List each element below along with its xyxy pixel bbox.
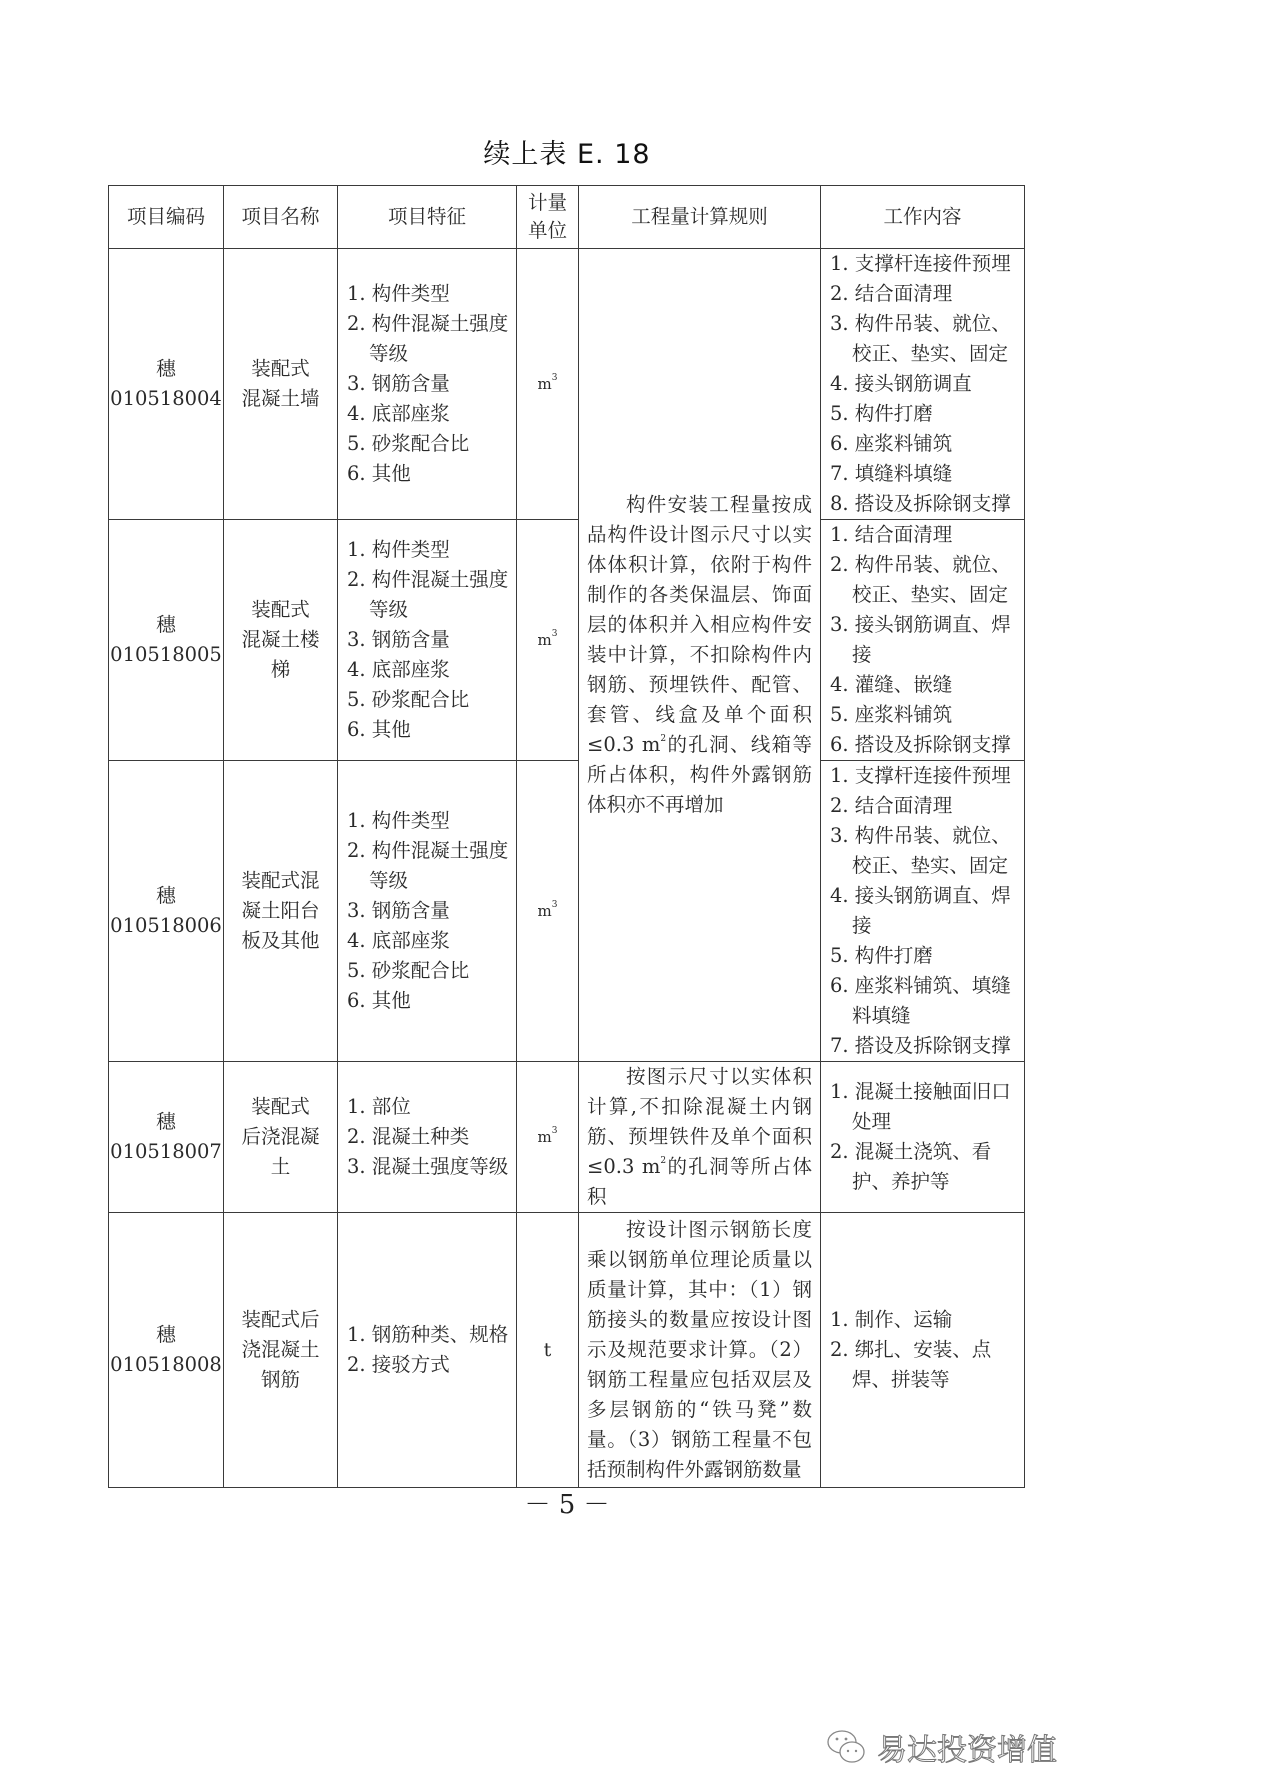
name-line: 钢筋 — [261, 1368, 300, 1391]
item-name: 装配式 后浇混凝 土 — [224, 1062, 338, 1213]
code-number: 010518005 — [110, 643, 222, 666]
unit-exponent: 3 — [552, 373, 558, 383]
table-title: 续上表 E. 18 — [0, 132, 1134, 171]
header-unit-line2: 单位 — [528, 219, 567, 242]
item-work: 1. 结合面清理 2. 构件吊装、就位、校正、垫实、固定 3. 接头钢筋调直、焊… — [821, 520, 1025, 761]
item-name: 装配式混 凝土阳台 板及其他 — [224, 761, 338, 1062]
feature-item: 4. 底部座浆 — [347, 655, 512, 685]
item-name: 装配式后 浇混凝土 钢筋 — [224, 1213, 338, 1488]
code-number: 010518008 — [110, 1353, 222, 1376]
item-work: 1. 混凝土接触面旧口处理 2. 混凝土浇筑、看护、养护等 — [821, 1062, 1025, 1213]
work-item: 5. 构件打磨 — [830, 941, 1021, 971]
work-item: 4. 接头钢筋调直、焊接 — [830, 881, 1021, 941]
work-item: 6. 座浆料铺筑、填缝料填缝 — [830, 971, 1021, 1031]
name-line: 装配式 — [251, 598, 310, 621]
table-row: 穗 010518004 装配式 混凝土墙 1. 构件类型 2. 构件混凝土强度等… — [109, 249, 1025, 520]
header-rule: 工程量计算规则 — [579, 186, 821, 249]
work-item: 5. 构件打磨 — [830, 399, 1021, 429]
name-line: 装配式混 — [241, 869, 319, 892]
feature-item: 3. 钢筋含量 — [347, 896, 512, 926]
feature-item: 2. 混凝土种类 — [347, 1122, 512, 1152]
unit-exponent: 3 — [552, 1126, 558, 1136]
item-features: 1. 构件类型 2. 构件混凝土强度等级 3. 钢筋含量 4. 底部座浆 5. … — [338, 249, 517, 520]
name-line: 装配式 — [251, 1095, 310, 1118]
code-number: 010518004 — [110, 387, 222, 410]
item-unit: m3 — [517, 761, 579, 1062]
unit-exponent: 3 — [552, 629, 558, 639]
code-number: 010518006 — [110, 914, 222, 937]
work-item: 2. 结合面清理 — [830, 791, 1021, 821]
wechat-icon — [825, 1727, 869, 1767]
item-features: 1. 部位 2. 混凝土种类 3. 混凝土强度等级 — [338, 1062, 517, 1213]
work-item: 1. 支撑杆连接件预埋 — [830, 249, 1021, 279]
rule-text: 按设计图示钢筋长度乘以钢筋单位理论质量以质量计算，其中：（1）钢筋接头的数量应按… — [587, 1215, 812, 1485]
work-item: 1. 混凝土接触面旧口处理 — [830, 1077, 1021, 1137]
item-work: 1. 支撑杆连接件预埋 2. 结合面清理 3. 构件吊装、就位、校正、垫实、固定… — [821, 249, 1025, 520]
item-code: 穗 010518007 — [109, 1062, 224, 1213]
work-item: 6. 座浆料铺筑 — [830, 429, 1021, 459]
name-line: 装配式后 — [241, 1308, 319, 1331]
code-prefix: 穗 — [156, 1323, 176, 1346]
feature-item: 5. 砂浆配合比 — [347, 429, 512, 459]
work-item: 1. 结合面清理 — [830, 520, 1021, 550]
shared-calc-rule: 构件安装工程量按成品构件设计图示尺寸以实体体积计算，依附于构件制作的各类保温层、… — [579, 249, 821, 1062]
unit-base: m — [538, 902, 552, 920]
table-row: 穗 010518006 装配式混 凝土阳台 板及其他 1. 构件类型 2. 构件… — [109, 761, 1025, 1062]
watermark-text: 易达投资增值 — [877, 1725, 1057, 1769]
table-row: 穗 010518008 装配式后 浇混凝土 钢筋 1. 钢筋种类、规格 2. 接… — [109, 1213, 1025, 1488]
name-line: 梯 — [271, 658, 291, 681]
unit-base: m — [538, 375, 552, 393]
spec-table: 项目编码 项目名称 项目特征 计量 单位 工程量计算规则 工作内容 穗 0105… — [108, 185, 1025, 1488]
watermark: 易达投资增值 — [825, 1725, 1057, 1769]
page-number: － 5 － — [0, 1484, 1134, 1521]
item-code: 穗 010518008 — [109, 1213, 224, 1488]
feature-item: 2. 构件混凝土强度等级 — [347, 309, 512, 369]
feature-item: 1. 部位 — [347, 1092, 512, 1122]
name-line: 混凝土墙 — [241, 387, 319, 410]
feature-item: 5. 砂浆配合比 — [347, 685, 512, 715]
feature-item: 4. 底部座浆 — [347, 926, 512, 956]
work-item: 6. 搭设及拆除钢支撑 — [830, 730, 1021, 760]
code-number: 010518007 — [110, 1140, 222, 1163]
feature-item: 2. 构件混凝土强度等级 — [347, 836, 512, 896]
feature-item: 3. 混凝土强度等级 — [347, 1152, 512, 1182]
name-line: 板及其他 — [241, 929, 319, 952]
header-unit-line1: 计量 — [528, 191, 567, 214]
item-unit: m3 — [517, 520, 579, 761]
unit-base: t — [544, 1339, 552, 1361]
unit-base: m — [538, 631, 552, 649]
name-line: 土 — [271, 1155, 291, 1178]
code-prefix: 穗 — [156, 1110, 176, 1133]
table-row: 穗 010518005 装配式 混凝土楼 梯 1. 构件类型 2. 构件混凝土强… — [109, 520, 1025, 761]
header-unit: 计量 单位 — [517, 186, 579, 249]
rule-exponent: 2 — [660, 734, 666, 744]
feature-item: 1. 构件类型 — [347, 806, 512, 836]
header-features: 项目特征 — [338, 186, 517, 249]
item-code: 穗 010518005 — [109, 520, 224, 761]
unit-exponent: 3 — [552, 900, 558, 910]
item-work: 1. 制作、运输 2. 绑扎、安装、点焊、拼装等 — [821, 1213, 1025, 1488]
work-item: 1. 支撑杆连接件预埋 — [830, 761, 1021, 791]
feature-item: 6. 其他 — [347, 986, 512, 1016]
feature-item: 3. 钢筋含量 — [347, 369, 512, 399]
rule-text: 构件安装工程量按成品构件设计图示尺寸以实体体积计算，依附于构件制作的各类保温层、… — [587, 490, 812, 820]
feature-item: 3. 钢筋含量 — [347, 625, 512, 655]
header-code: 项目编码 — [109, 186, 224, 249]
feature-item: 5. 砂浆配合比 — [347, 956, 512, 986]
work-item: 3. 构件吊装、就位、校正、垫实、固定 — [830, 309, 1021, 369]
code-prefix: 穗 — [156, 357, 176, 380]
work-item: 8. 搭设及拆除钢支撑 — [830, 489, 1021, 519]
feature-item: 6. 其他 — [347, 715, 512, 745]
rule-text: 按图示尺寸以实体积计算,不扣除混凝土内钢筋、预埋铁件及单个面积≤0.3 m2的孔… — [587, 1062, 812, 1212]
item-unit: m3 — [517, 249, 579, 520]
code-prefix: 穗 — [156, 884, 176, 907]
work-item: 4. 接头钢筋调直 — [830, 369, 1021, 399]
code-prefix: 穗 — [156, 613, 176, 636]
work-item: 1. 制作、运输 — [830, 1305, 1021, 1335]
feature-item: 1. 钢筋种类、规格 — [347, 1320, 512, 1350]
work-item: 3. 接头钢筋调直、焊接 — [830, 610, 1021, 670]
rule-exponent: 2 — [660, 1156, 666, 1166]
feature-item: 2. 构件混凝土强度等级 — [347, 565, 512, 625]
table-header-row: 项目编码 项目名称 项目特征 计量 单位 工程量计算规则 工作内容 — [109, 186, 1025, 249]
work-item: 2. 结合面清理 — [830, 279, 1021, 309]
rule-text-pre: 构件安装工程量按成品构件设计图示尺寸以实体体积计算，依附于构件制作的各类保温层、… — [587, 493, 812, 756]
feature-item: 2. 接驳方式 — [347, 1350, 512, 1380]
name-line: 凝土阳台 — [241, 899, 319, 922]
unit-base: m — [538, 1128, 552, 1146]
name-line: 混凝土楼 — [241, 628, 319, 651]
item-unit: t — [517, 1213, 579, 1488]
work-item: 7. 搭设及拆除钢支撑 — [830, 1031, 1021, 1061]
work-item: 4. 灌缝、嵌缝 — [830, 670, 1021, 700]
header-work: 工作内容 — [821, 186, 1025, 249]
item-unit: m3 — [517, 1062, 579, 1213]
item-name: 装配式 混凝土墙 — [224, 249, 338, 520]
feature-item: 1. 构件类型 — [347, 279, 512, 309]
name-line: 装配式 — [251, 357, 310, 380]
calc-rule: 按图示尺寸以实体积计算,不扣除混凝土内钢筋、预埋铁件及单个面积≤0.3 m2的孔… — [579, 1062, 821, 1213]
header-name: 项目名称 — [224, 186, 338, 249]
feature-item: 1. 构件类型 — [347, 535, 512, 565]
name-line: 浇混凝土 — [241, 1338, 319, 1361]
item-features: 1. 钢筋种类、规格 2. 接驳方式 — [338, 1213, 517, 1488]
item-code: 穗 010518004 — [109, 249, 224, 520]
work-item: 2. 构件吊装、就位、校正、垫实、固定 — [830, 550, 1021, 610]
item-code: 穗 010518006 — [109, 761, 224, 1062]
work-item: 7. 填缝料填缝 — [830, 459, 1021, 489]
item-name: 装配式 混凝土楼 梯 — [224, 520, 338, 761]
table-row: 穗 010518007 装配式 后浇混凝 土 1. 部位 2. 混凝土种类 3.… — [109, 1062, 1025, 1213]
feature-item: 6. 其他 — [347, 459, 512, 489]
work-item: 2. 绑扎、安装、点焊、拼装等 — [830, 1335, 1021, 1395]
item-features: 1. 构件类型 2. 构件混凝土强度等级 3. 钢筋含量 4. 底部座浆 5. … — [338, 761, 517, 1062]
item-features: 1. 构件类型 2. 构件混凝土强度等级 3. 钢筋含量 4. 底部座浆 5. … — [338, 520, 517, 761]
work-item: 3. 构件吊装、就位、校正、垫实、固定 — [830, 821, 1021, 881]
work-item: 5. 座浆料铺筑 — [830, 700, 1021, 730]
feature-item: 4. 底部座浆 — [347, 399, 512, 429]
name-line: 后浇混凝 — [241, 1125, 319, 1148]
item-work: 1. 支撑杆连接件预埋 2. 结合面清理 3. 构件吊装、就位、校正、垫实、固定… — [821, 761, 1025, 1062]
work-item: 2. 混凝土浇筑、看护、养护等 — [830, 1137, 1021, 1197]
calc-rule: 按设计图示钢筋长度乘以钢筋单位理论质量以质量计算，其中：（1）钢筋接头的数量应按… — [579, 1213, 821, 1488]
